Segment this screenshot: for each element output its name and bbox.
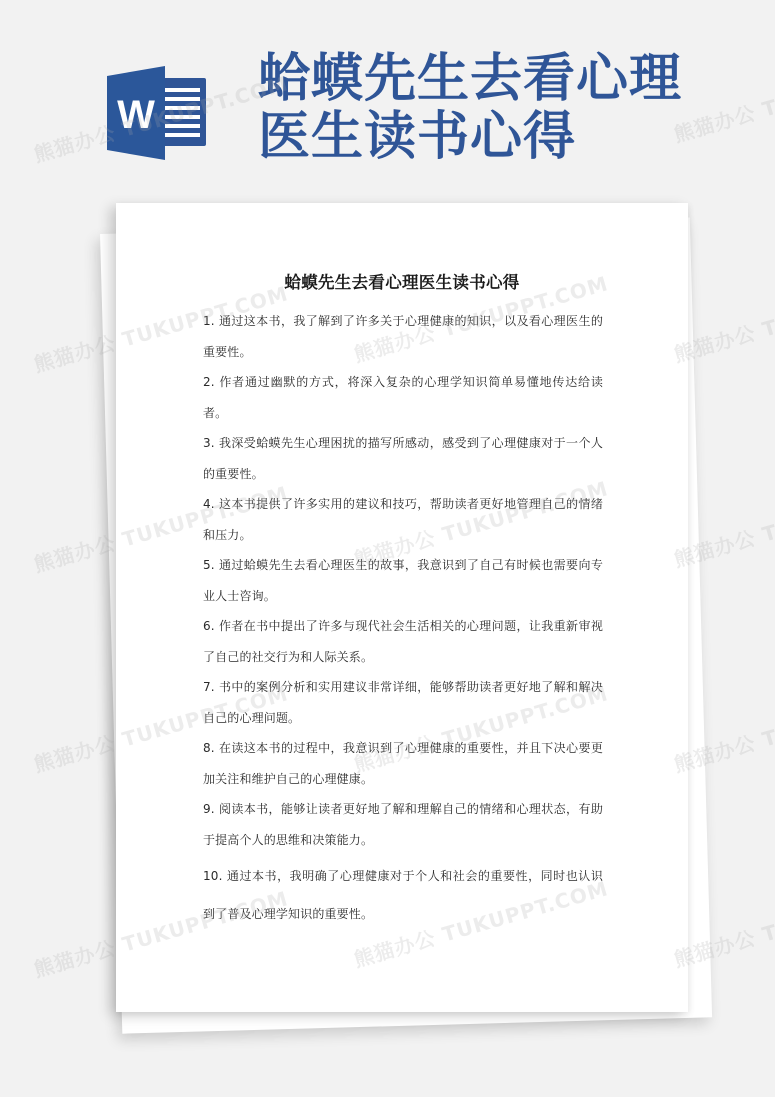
list-item: 2. 作者通过幽默的方式，将深入复杂的心理学知识简单易懂地传达给读者。 bbox=[203, 367, 603, 428]
document-page: 蛤蟆先生去看心理医生读书心得 1. 通过这本书，我了解到了许多关于心理健康的知识… bbox=[116, 203, 688, 1012]
list-item: 5. 通过蛤蟆先生去看心理医生的故事，我意识到了自己有时候也需要向专业人士咨询。 bbox=[203, 550, 603, 611]
microsoft-word-icon: W bbox=[107, 66, 207, 160]
header: W 蛤蟆先生去看心理 医生读书心得 bbox=[0, 0, 775, 190]
list-item: 1. 通过这本书，我了解到了许多关于心理健康的知识，以及看心理医生的重要性。 bbox=[203, 306, 603, 367]
list-item: 6. 作者在书中提出了许多与现代社会生活相关的心理问题，让我重新审视了自己的社交… bbox=[203, 611, 603, 672]
hero-title-line-2: 医生读书心得 bbox=[258, 108, 738, 166]
svg-text:W: W bbox=[117, 93, 155, 137]
document-title: 蛤蟆先生去看心理医生读书心得 bbox=[116, 269, 688, 293]
document-list: 1. 通过这本书，我了解到了许多关于心理健康的知识，以及看心理医生的重要性。 2… bbox=[203, 306, 603, 933]
list-item: 10. 通过本书，我明确了心理健康对于个人和社会的重要性，同时也认识到了普及心理… bbox=[203, 857, 603, 933]
list-item: 4. 这本书提供了许多实用的建议和技巧，帮助读者更好地管理自己的情绪和压力。 bbox=[203, 489, 603, 550]
list-item: 3. 我深受蛤蟆先生心理困扰的描写所感动，感受到了心理健康对于一个人的重要性。 bbox=[203, 428, 603, 489]
hero-title-line-1: 蛤蟆先生去看心理 bbox=[258, 50, 738, 108]
list-item: 8. 在读这本书的过程中，我意识到了心理健康的重要性，并且下决心要更加关注和维护… bbox=[203, 733, 603, 794]
hero-title: 蛤蟆先生去看心理 医生读书心得 bbox=[258, 50, 738, 166]
list-item: 9. 阅读本书，能够让读者更好地了解和理解自己的情绪和心理状态，有助于提高个人的… bbox=[203, 794, 603, 855]
list-item: 7. 书中的案例分析和实用建议非常详细，能够帮助读者更好地了解和解决自己的心理问… bbox=[203, 672, 603, 733]
